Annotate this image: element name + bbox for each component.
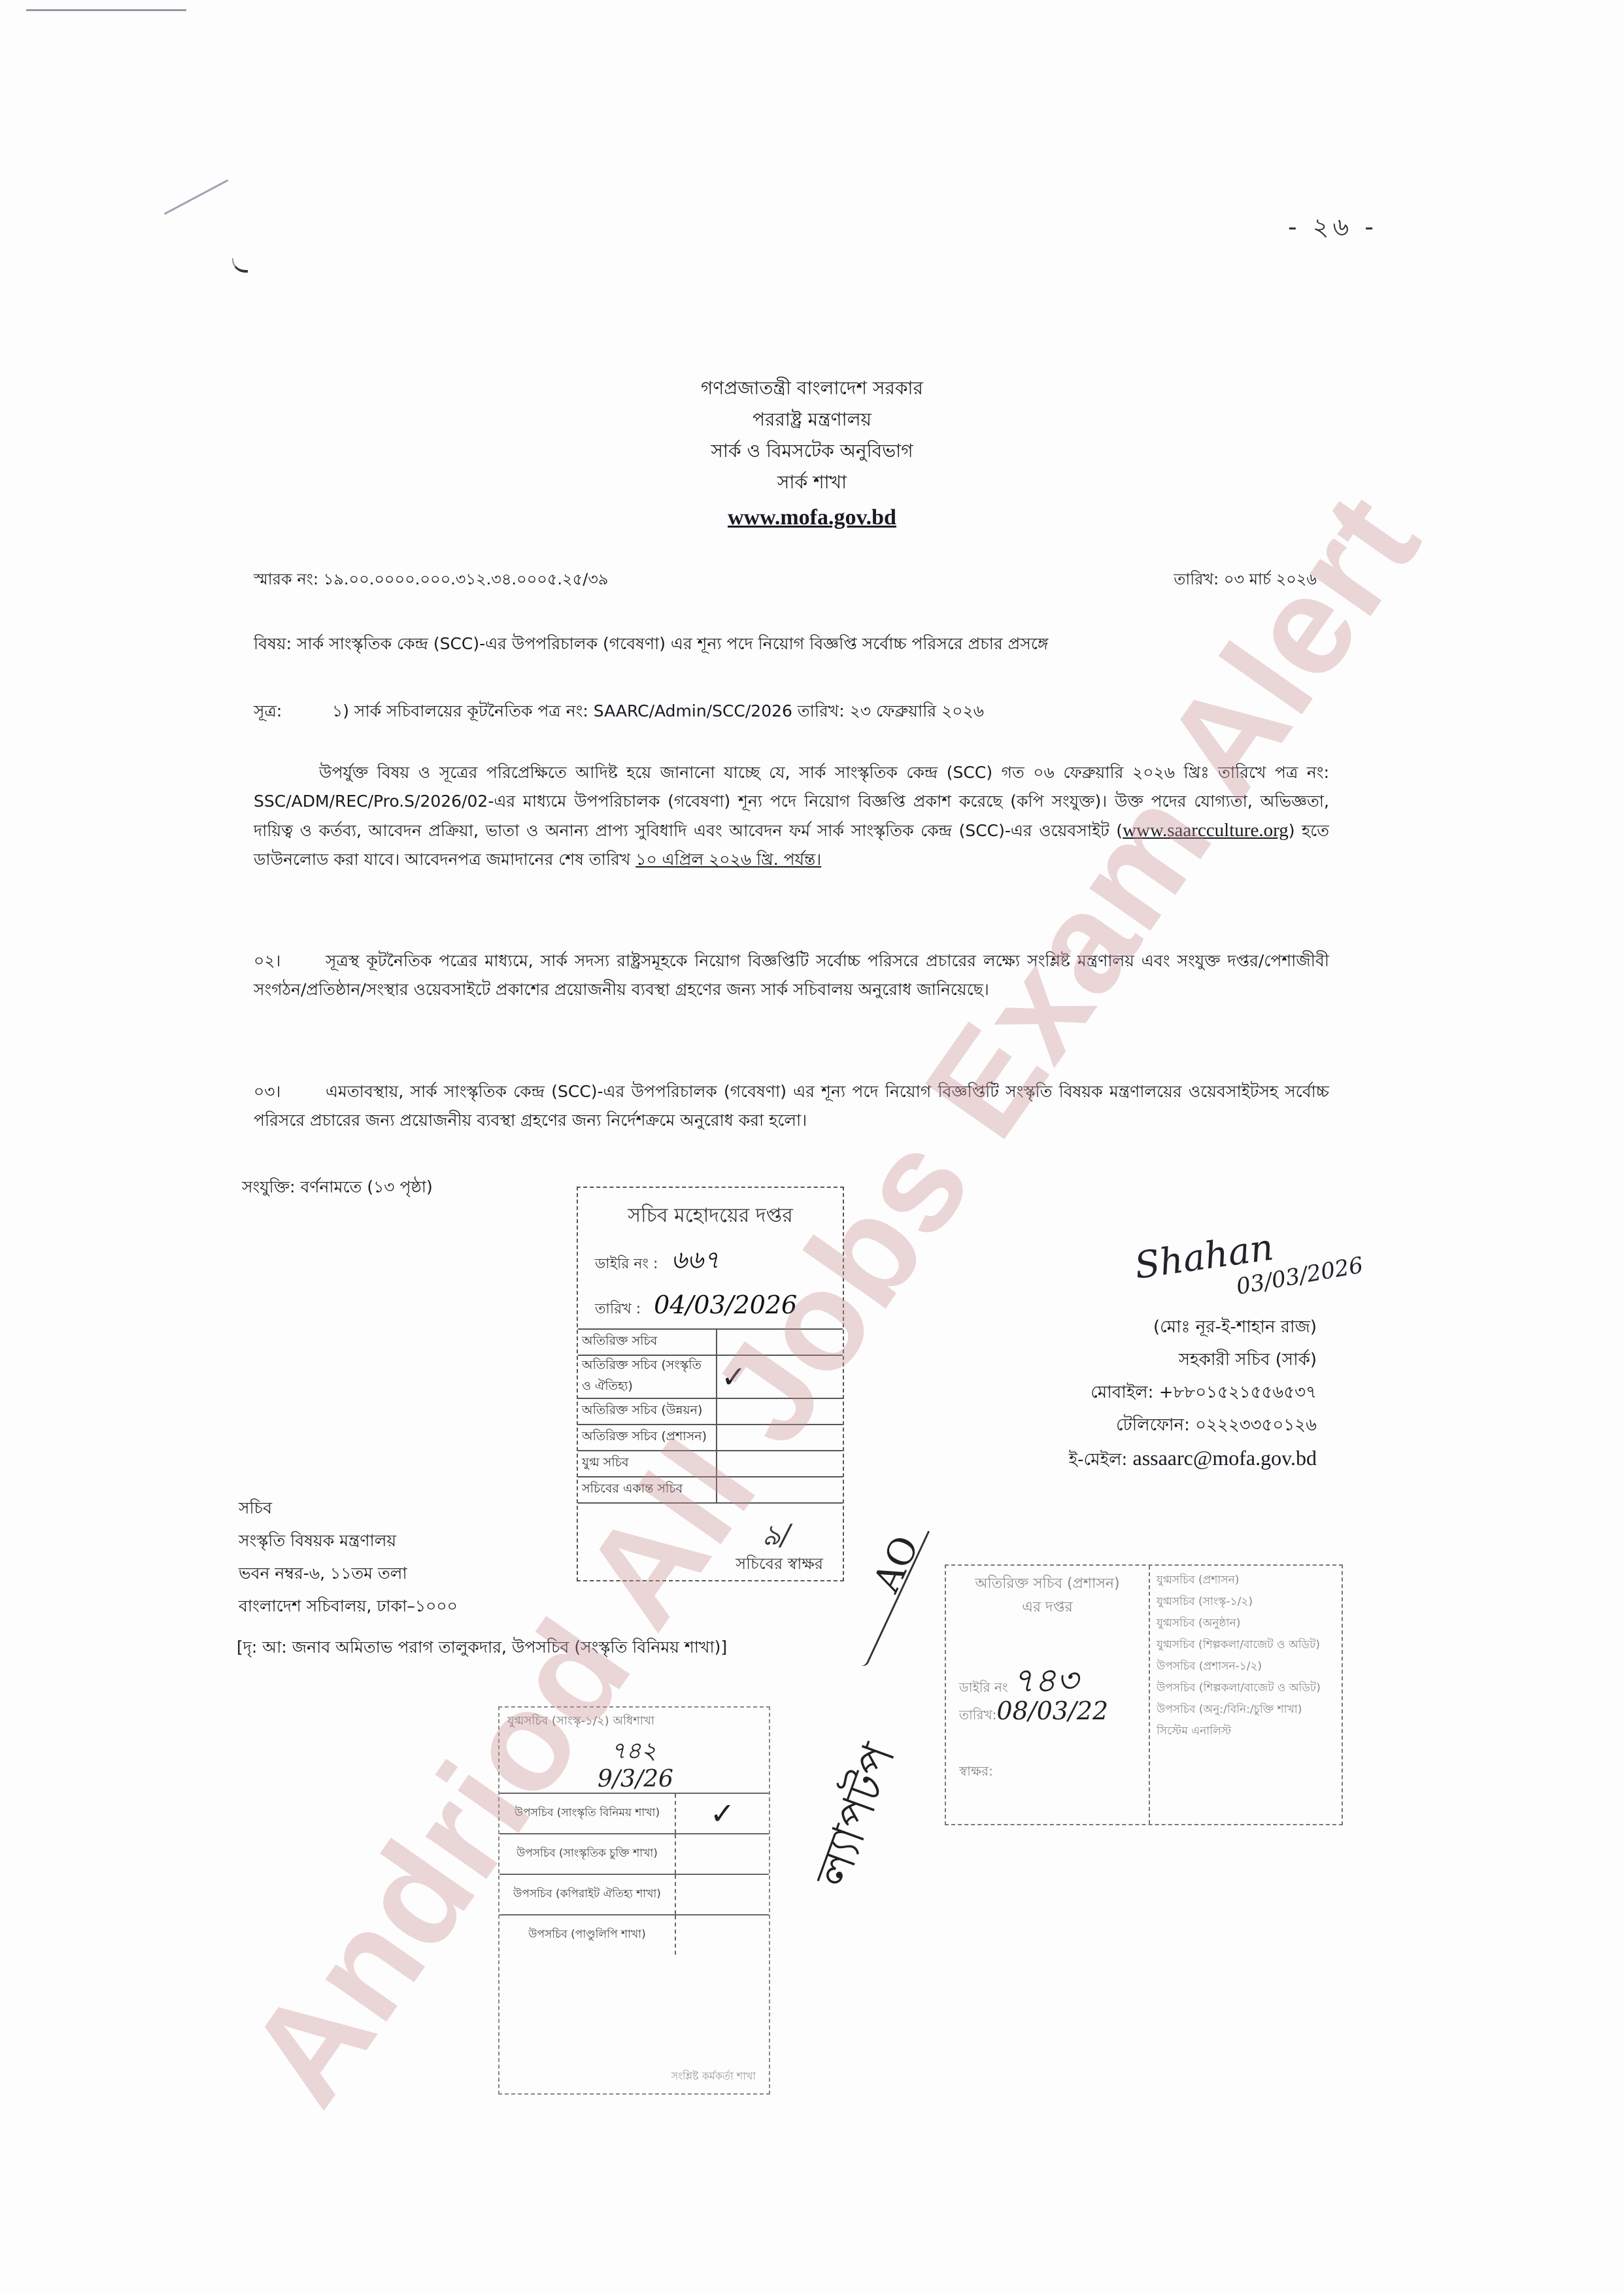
signer-email-row: ই-মেইল: assaarc@mofa.gov.bd bbox=[1069, 1442, 1317, 1476]
date-label: তারিখ : bbox=[595, 1301, 641, 1317]
stamp-routing-list: যুগ্মসচিব (প্রশাসন) যুগ্মসচিব (সাংস্কৃ-১… bbox=[1157, 1570, 1321, 1742]
signer-telephone: টেলিফোন: ০২২২৩৩৫০১২৬ bbox=[1069, 1409, 1317, 1442]
stamp-signature-area: ৯/ সচিবের স্বাক্ষর bbox=[578, 1502, 843, 1582]
routing-row: যুগ্মসচিব (সাংস্কৃ-১/২) bbox=[1157, 1591, 1321, 1613]
secretary-office-stamp: সচিব মহোদয়ের দপ্তর ডাইরি নং :৬৬৭ তারিখ … bbox=[577, 1187, 844, 1581]
stamp-diary-field: ডাইরি নং :৬৬৭ bbox=[578, 1233, 843, 1283]
routing-row: সচিবের একান্ত সচিব bbox=[578, 1477, 717, 1502]
paragraph-1: উপর্যুক্ত বিষয় ও সূত্রের পরিপ্রেক্ষিতে … bbox=[254, 758, 1329, 874]
signer-designation: সহকারী সচিব (সার্ক) bbox=[1069, 1343, 1317, 1376]
paragraph-2: ০২।সূত্রস্থ কূটনৈতিক পত্রের মাধ্যমে, সার… bbox=[254, 947, 1329, 1004]
paragraph-2-text: সূত্রস্থ কূটনৈতিক পত্রের মাধ্যমে, সার্ক … bbox=[254, 951, 1329, 999]
govt-name: গণপ্রজাতন্ত্রী বাংলাদেশ সরকার bbox=[0, 373, 1624, 404]
margin-pen-mark bbox=[164, 179, 229, 214]
scan-artifact-line bbox=[26, 9, 186, 11]
routing-row: অতিরিক্ত সচিব (সংস্কৃতি ও ঐতিহ্য) bbox=[578, 1355, 717, 1398]
paragraph-number: ০৩। bbox=[254, 1077, 326, 1106]
recipient-ministry: সংস্কৃতি বিষয়ক মন্ত্রণালয় bbox=[239, 1525, 458, 1557]
signer-mobile: মোবাইল: +৮৮০১৫২১৫৫৬৫৩৭ bbox=[1069, 1376, 1317, 1409]
diary-number: ৭৪২ bbox=[611, 1738, 656, 1764]
stamp-date-field: 9/3/26 bbox=[499, 1766, 769, 1793]
routing-row: উপসচিব (শিল্পকলা/বাজেট ও অডিট) bbox=[1157, 1678, 1321, 1699]
stamp-signature-field: স্বাক্ষর: bbox=[959, 1762, 993, 1783]
attachment-note: সংযুক্তি: বর্ণনামতে (১৩ পৃষ্ঠা) bbox=[242, 1174, 433, 1202]
recipient-building: ভবন নম্বর-৬, ১১তম তলা bbox=[239, 1557, 458, 1590]
checkmark-icon: ✓ bbox=[721, 1359, 747, 1394]
routing-row: অতিরিক্ত সচিব (প্রশাসন) bbox=[578, 1425, 717, 1451]
stamp-title-line: এর দপ্তর bbox=[946, 1596, 1149, 1619]
recipient-city: বাংলাদেশ সচিবালয়, ঢাকা–১০০০ bbox=[239, 1590, 458, 1623]
routing-row: যুগ্মসচিব (প্রশাসন) bbox=[1157, 1570, 1321, 1591]
branch-name: সার্ক শাখা bbox=[0, 467, 1624, 498]
page-marker: - ২৬ - bbox=[1288, 208, 1378, 250]
reference-text: ১) সার্ক সচিবালয়ের কূটনৈতিক পত্র নং: SA… bbox=[332, 701, 984, 720]
routing-row: অতিরিক্ত সচিব (উন্নয়ন) bbox=[578, 1398, 717, 1425]
application-deadline: ১০ এপ্রিল ২০২৬ খ্রি. পর্যন্ত। bbox=[635, 850, 821, 869]
routing-row: যুগ্মসচিব (শিল্পকলা/বাজেট ও অডিট) bbox=[1157, 1634, 1321, 1656]
sig-label: সচিবের স্বাক্ষর bbox=[736, 1552, 823, 1578]
routing-row: উপসচিব (সাংস্কৃতি বিনিময় শাখা) bbox=[499, 1793, 675, 1834]
letterhead: গণপ্রজাতন্ত্রী বাংলাদেশ সরকার পররাষ্ট্র … bbox=[0, 373, 1624, 534]
stamp-left-panel: অতিরিক্ত সচিব (প্রশাসন)এর দপ্তর ডাইরি নং… bbox=[946, 1566, 1150, 1824]
stamp-date: 9/3/26 bbox=[598, 1766, 673, 1793]
signer-block: (মোঃ নূর-ই-শাহান রাজ) সহকারী সচিব (সার্ক… bbox=[1069, 1311, 1317, 1476]
attention-note: [দৃ: আ: জনাব অমিতাভ পরাগ তালুকদার, উপসচি… bbox=[237, 1634, 727, 1662]
joint-secretary-stamp: যুগ্মসচিব (সাংস্কৃ-১/২) অধিশাখা ৭৪২ 9/3/… bbox=[498, 1706, 770, 2095]
stamp-date-field: তারিখ :04/03/2026 bbox=[578, 1283, 843, 1322]
division-name: সার্ক ও বিমসটেক অনুবিভাগ bbox=[0, 435, 1624, 467]
stamp-title: অতিরিক্ত সচিব (প্রশাসন)এর দপ্তর bbox=[946, 1566, 1149, 1619]
diary-label: ডাইরি নং : bbox=[595, 1256, 658, 1272]
email-label: ই-মেইল: bbox=[1069, 1450, 1133, 1470]
routing-row: উপসচিব (প্রশাসন-১/২) bbox=[1157, 1656, 1321, 1678]
stamp-date: 08/03/22 bbox=[996, 1696, 1108, 1725]
paragraph-3-text: এমতাবস্থায়, সার্ক সাংস্কৃতিক কেন্দ্র (S… bbox=[254, 1082, 1329, 1130]
paragraph-number: ০২। bbox=[254, 947, 326, 975]
stamp-title-line: অতিরিক্ত সচিব (প্রশাসন) bbox=[946, 1572, 1149, 1596]
routing-row: উপসচিব (সাংস্কৃতিক চুক্তি শাখা) bbox=[499, 1834, 675, 1874]
stamp-title: সচিব মহোদয়ের দপ্তর bbox=[578, 1188, 843, 1233]
recipient-title: সচিব bbox=[239, 1492, 458, 1525]
ministry-website-link[interactable]: www.mofa.gov.bd bbox=[728, 502, 896, 533]
routing-row: উপসচিব (অনু:/বিনি:/চুক্তি শাখা) bbox=[1157, 1699, 1321, 1721]
routing-row: উপসচিব (কপিরাইট ঐতিহ্য শাখা) bbox=[499, 1874, 675, 1915]
subject-line: বিষয়: সার্ক সাংস্কৃতিক কেন্দ্র (SCC)-এর… bbox=[254, 631, 1339, 659]
stamp-title: যুগ্মসচিব (সাংস্কৃ-১/২) অধিশাখা bbox=[499, 1708, 769, 1736]
date-label: তারিখ: bbox=[959, 1707, 996, 1723]
recipient-address: সচিব সংস্কৃতি বিষয়ক মন্ত্রণালয় ভবন নম্… bbox=[239, 1492, 458, 1623]
margin-pen-mark bbox=[232, 258, 248, 273]
ministry-name: পররাষ্ট্র মন্ত্রণালয় bbox=[0, 404, 1624, 435]
reference-line: সূত্র:১) সার্ক সচিবালয়ের কূটনৈতিক পত্র … bbox=[254, 698, 984, 726]
routing-row: অতিরিক্ত সচিব bbox=[578, 1329, 717, 1355]
routing-table: অতিরিক্ত সচিব অতিরিক্ত সচিব (সংস্কৃতি ও … bbox=[578, 1328, 843, 1502]
stamp-date: 04/03/2026 bbox=[654, 1290, 797, 1319]
signer-email-link[interactable]: assaarc@mofa.gov.bd bbox=[1132, 1446, 1317, 1470]
memo-date: তারিখ: ০৩ মার্চ ২০২৬ bbox=[1174, 567, 1317, 594]
additional-secretary-stamp: অতিরিক্ত সচিব (প্রশাসন)এর দপ্তর ডাইরি নং… bbox=[945, 1564, 1343, 1825]
checkmark-icon: ✓ bbox=[710, 1796, 736, 1831]
routing-row: সিস্টেম এনালিস্ট bbox=[1157, 1721, 1321, 1742]
routing-row: যুগ্মসচিব (অনুষ্ঠান) bbox=[1157, 1613, 1321, 1634]
diary-number: ৬৬৭ bbox=[671, 1245, 719, 1274]
routing-table: উপসচিব (সাংস্কৃতি বিনিময় শাখা)✓ উপসচিব … bbox=[499, 1793, 769, 1955]
routing-row: উপসচিব (পাণ্ডুলিপি শাখা) bbox=[499, 1915, 675, 1955]
routing-row: যুগ্ম সচিব bbox=[578, 1451, 717, 1477]
stamp-date-field: তারিখ:08/03/22 bbox=[959, 1696, 1108, 1727]
signer-name: (মোঃ নূর-ই-শাহান রাজ) bbox=[1069, 1311, 1317, 1343]
diary-label: ডাইরি নং bbox=[959, 1679, 1008, 1695]
memo-reference-number: স্মারক নং: ১৯.০০.০০০০.০০০.৩১২.৩৪.০০০৫.২৫… bbox=[254, 567, 609, 594]
paragraph-3: ০৩।এমতাবস্থায়, সার্ক সাংস্কৃতিক কেন্দ্র… bbox=[254, 1077, 1329, 1135]
reference-label: সূত্র: bbox=[254, 698, 332, 726]
diary-number: ৭৪৩ bbox=[1012, 1661, 1078, 1700]
handwritten-note: ল্যাপটপ bbox=[797, 1734, 919, 1898]
scc-website-link[interactable]: www.saarcculture.org bbox=[1123, 820, 1289, 841]
stamp-footer: সংশ্লিষ্ট কর্মকর্তা শাখা bbox=[671, 2068, 756, 2085]
